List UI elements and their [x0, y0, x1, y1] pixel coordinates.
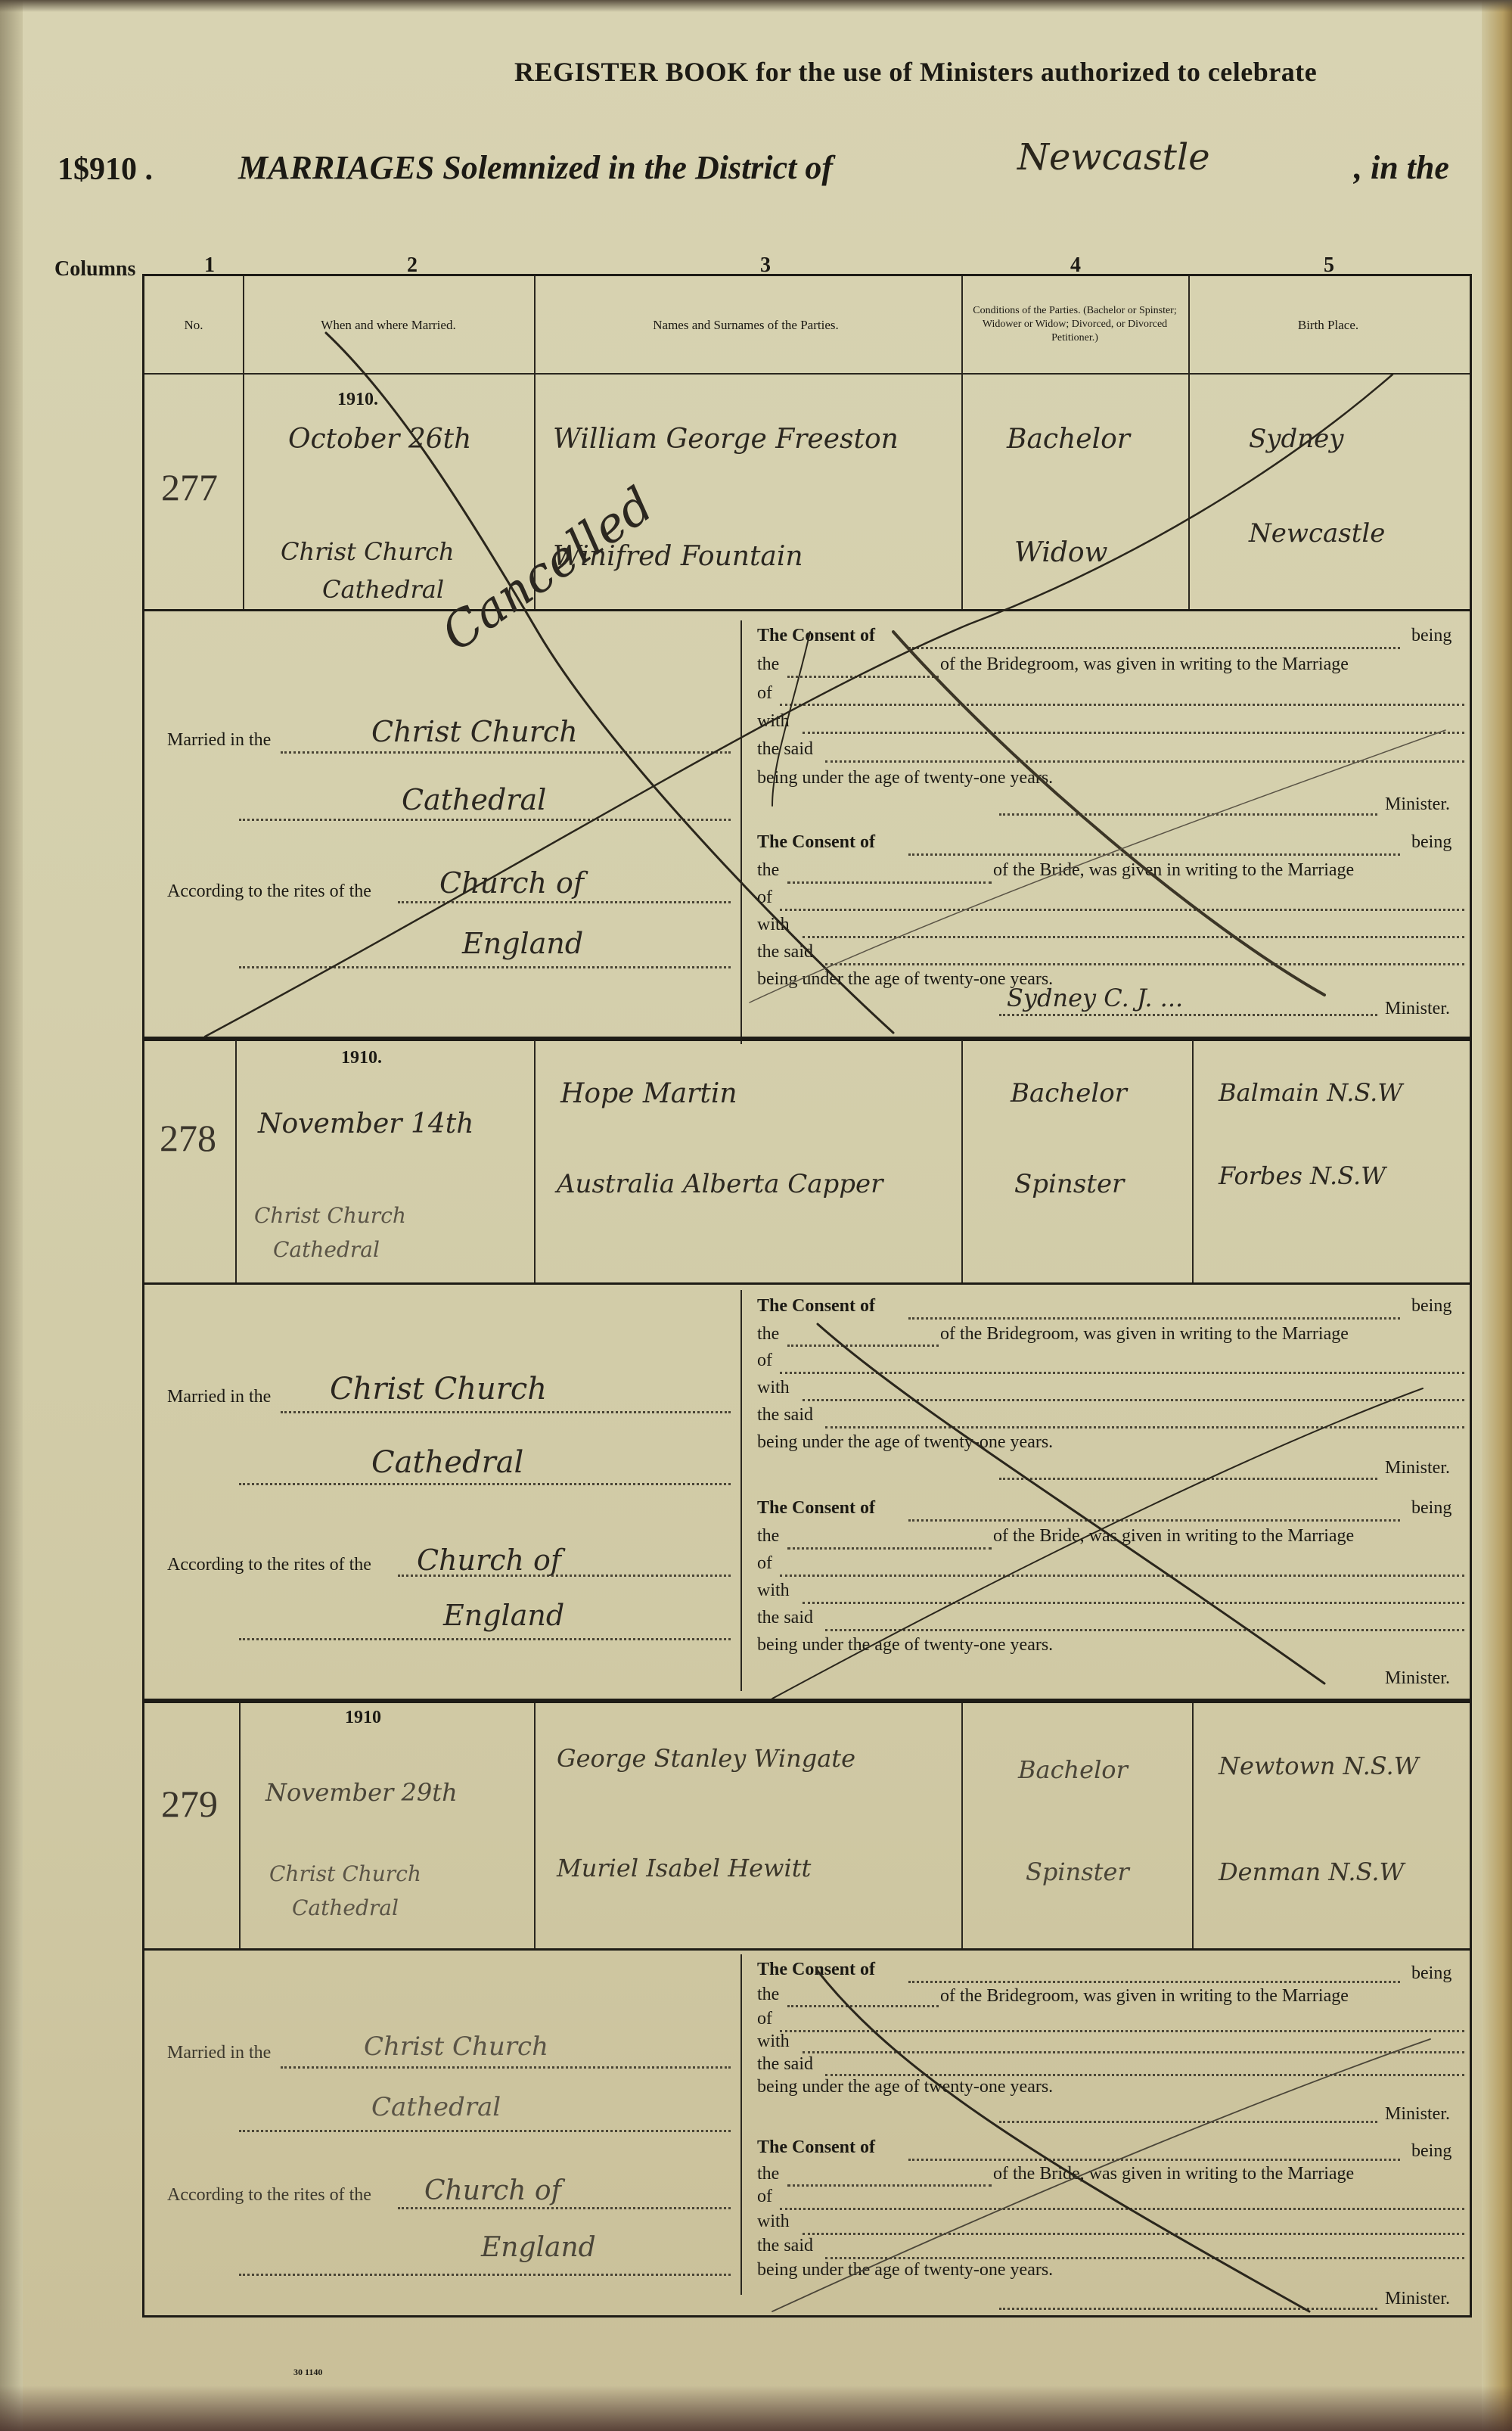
marriage-register-table: No. When and where Married. Names and Su… [142, 274, 1472, 2318]
print-code: 30 1140 [293, 2367, 322, 2378]
register-title: REGISTER BOOK for the use of Ministers a… [514, 56, 1317, 88]
in-the-label: , in the [1354, 148, 1449, 187]
cancellation-strikes [144, 276, 1470, 2315]
year-prefix: 1$910 . [57, 151, 153, 188]
binding-shadow [0, 0, 1512, 12]
columns-label: Columns [54, 257, 135, 281]
marriages-title: MARRIAGES Solemnized in the District of [238, 148, 833, 187]
district-handwritten: Newcastle [1017, 136, 1210, 179]
binding-shadow [0, 2386, 1512, 2431]
